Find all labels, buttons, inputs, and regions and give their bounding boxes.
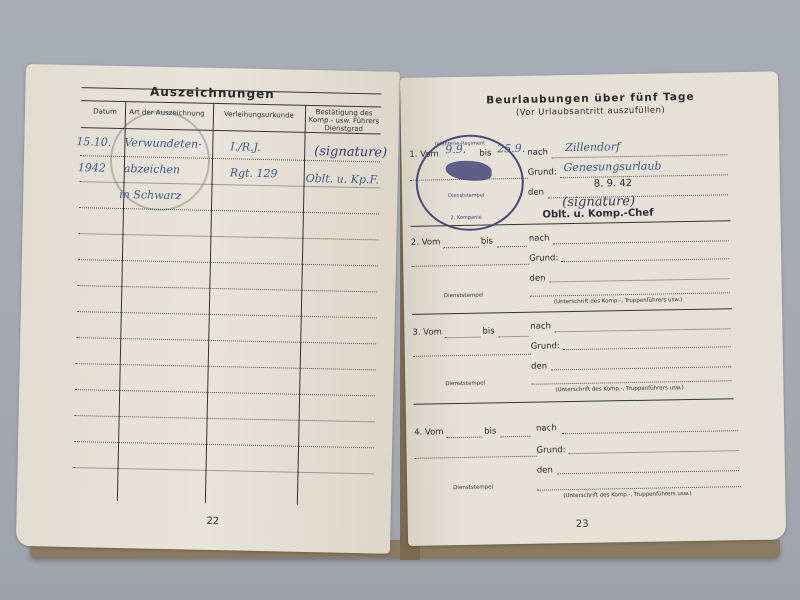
left-page: Auszeichnungen Datum Art der Auszeichnun…: [16, 64, 400, 554]
entry-2-vom-line: [443, 247, 479, 249]
entry-3-nach-line: [554, 328, 730, 332]
typed-date: 8. 9. 42: [594, 178, 632, 190]
entry-3-grund-line: [563, 346, 731, 350]
row-line: [74, 441, 374, 448]
stamp-center-label: Dienststempel: [448, 193, 484, 200]
column-header-datum: Datum: [85, 107, 125, 116]
entry-divider: [414, 398, 734, 405]
entry-2-sign-line: [530, 292, 730, 296]
row-line: [79, 207, 379, 214]
entry-2-stamp-label: Dienststempel: [444, 293, 484, 300]
column-header-urkunde: Verleihungsurkunde: [217, 110, 301, 120]
entry-3-sign-label: (Unterschrift des Komp.-, Truppenführers…: [555, 385, 683, 393]
handwritten-destination: Zillendorf: [565, 140, 620, 154]
entry-3-den-line: [551, 366, 731, 370]
handwritten-unit-1: I./R.J.: [230, 140, 261, 154]
entry-3-den: den: [531, 361, 547, 371]
page-number: 23: [576, 519, 589, 530]
entry-4-vom-line: [446, 437, 482, 439]
entry-4-sign-line: [537, 486, 741, 491]
entry-2-bis-line: [497, 246, 527, 248]
entry-4-den-line: [557, 470, 739, 474]
entry-2-nach: nach: [529, 233, 550, 243]
entry-3-sign-line: [531, 380, 731, 384]
entry-4-line: [415, 456, 537, 459]
entry-2-vom: 2. Vom: [411, 237, 441, 248]
entry-2-bis: bis: [481, 236, 493, 246]
handwritten-date: 15.10.: [76, 135, 111, 149]
entry-3-grund: Grund:: [531, 341, 560, 352]
entry-4-nach: nach: [536, 423, 557, 433]
entry-4-bis-line: [500, 436, 530, 438]
entry-1-nach: nach: [527, 147, 548, 157]
column-header-bestaetigung: Bestätigung des Komp.- usw. Führers Dien…: [307, 108, 381, 134]
handwritten-unit-2: Rgt. 129: [230, 166, 278, 180]
unit-stamp: Infanterie-Regiment Dienststempel 2. Kom…: [415, 134, 525, 232]
handwritten-rank: Oblt. u. Kp.F.: [306, 172, 380, 187]
entry-3-vom: 3. Vom: [412, 327, 442, 338]
entry-2-grund-line: [561, 258, 729, 262]
row-line: [77, 311, 377, 318]
entry-2-den-line: [550, 278, 730, 282]
right-page: Beurlaubungen über fünf Tage (Vor Urlaub…: [400, 71, 786, 546]
entry-2-den: den: [529, 273, 545, 283]
handwritten-signature: (signature): [314, 144, 387, 161]
handwritten-award-2: abzeichen: [124, 162, 181, 176]
entry-2-sign-label: (Unterschrift des Komp.-, Truppenführers…: [554, 297, 682, 305]
handwritten-reason: Genesungsurlaub: [563, 159, 661, 174]
stamp-top-text: Infanterie-Regiment: [435, 141, 485, 148]
entry-1-grund: Grund:: [528, 167, 557, 178]
row-line: [77, 285, 377, 292]
entry-4-sign-label: (Unterschrift des Komp.-, Truppenführers…: [563, 491, 691, 499]
stamp-bottom-text: 2. Kompanie: [450, 215, 481, 222]
entry-2-nach-line: [553, 240, 729, 244]
entry-3-nach: nach: [530, 321, 551, 331]
eagle-emblem-icon: [445, 160, 491, 181]
row-line: [75, 389, 375, 396]
entry-1-den: den: [528, 188, 544, 198]
handwritten-award-1: Verwundeten-: [124, 136, 202, 151]
entry-1-grund-line: [560, 174, 728, 178]
row-line: [78, 259, 378, 266]
row-line: [75, 415, 375, 422]
entry-4-bis: bis: [484, 426, 496, 436]
entry-3-bis: bis: [482, 326, 494, 336]
entry-2-grund: Grund:: [529, 253, 558, 264]
entry-4-grund-line: [569, 450, 739, 454]
entry-2-line: [411, 264, 529, 267]
entry-3-vom-line: [445, 337, 481, 339]
row-line: [76, 337, 376, 344]
handwritten-award-3: in Schwarz: [119, 188, 181, 202]
row-line: [76, 363, 376, 370]
handwritten-year: 1942: [78, 161, 106, 175]
row-line: [74, 467, 374, 474]
row-line: [78, 233, 378, 240]
entry-4-nach-line: [562, 430, 738, 434]
entry-4-stamp-label: Dienststempel: [453, 484, 493, 491]
entry-divider: [412, 308, 732, 315]
entry-4-vom: 4. Vom: [414, 427, 444, 438]
entry-1-nach-line: [551, 154, 727, 158]
entry-4-grund: Grund:: [536, 445, 565, 456]
entry-3-bis-line: [499, 336, 529, 338]
entry-3-line: [413, 354, 531, 357]
officer-rank-stamp: Oblt. u. Komp.-Chef: [542, 208, 653, 221]
page-number: 22: [206, 516, 219, 527]
entry-3-stamp-label: Dienststempel: [445, 381, 485, 388]
entry-4-den: den: [537, 465, 553, 475]
